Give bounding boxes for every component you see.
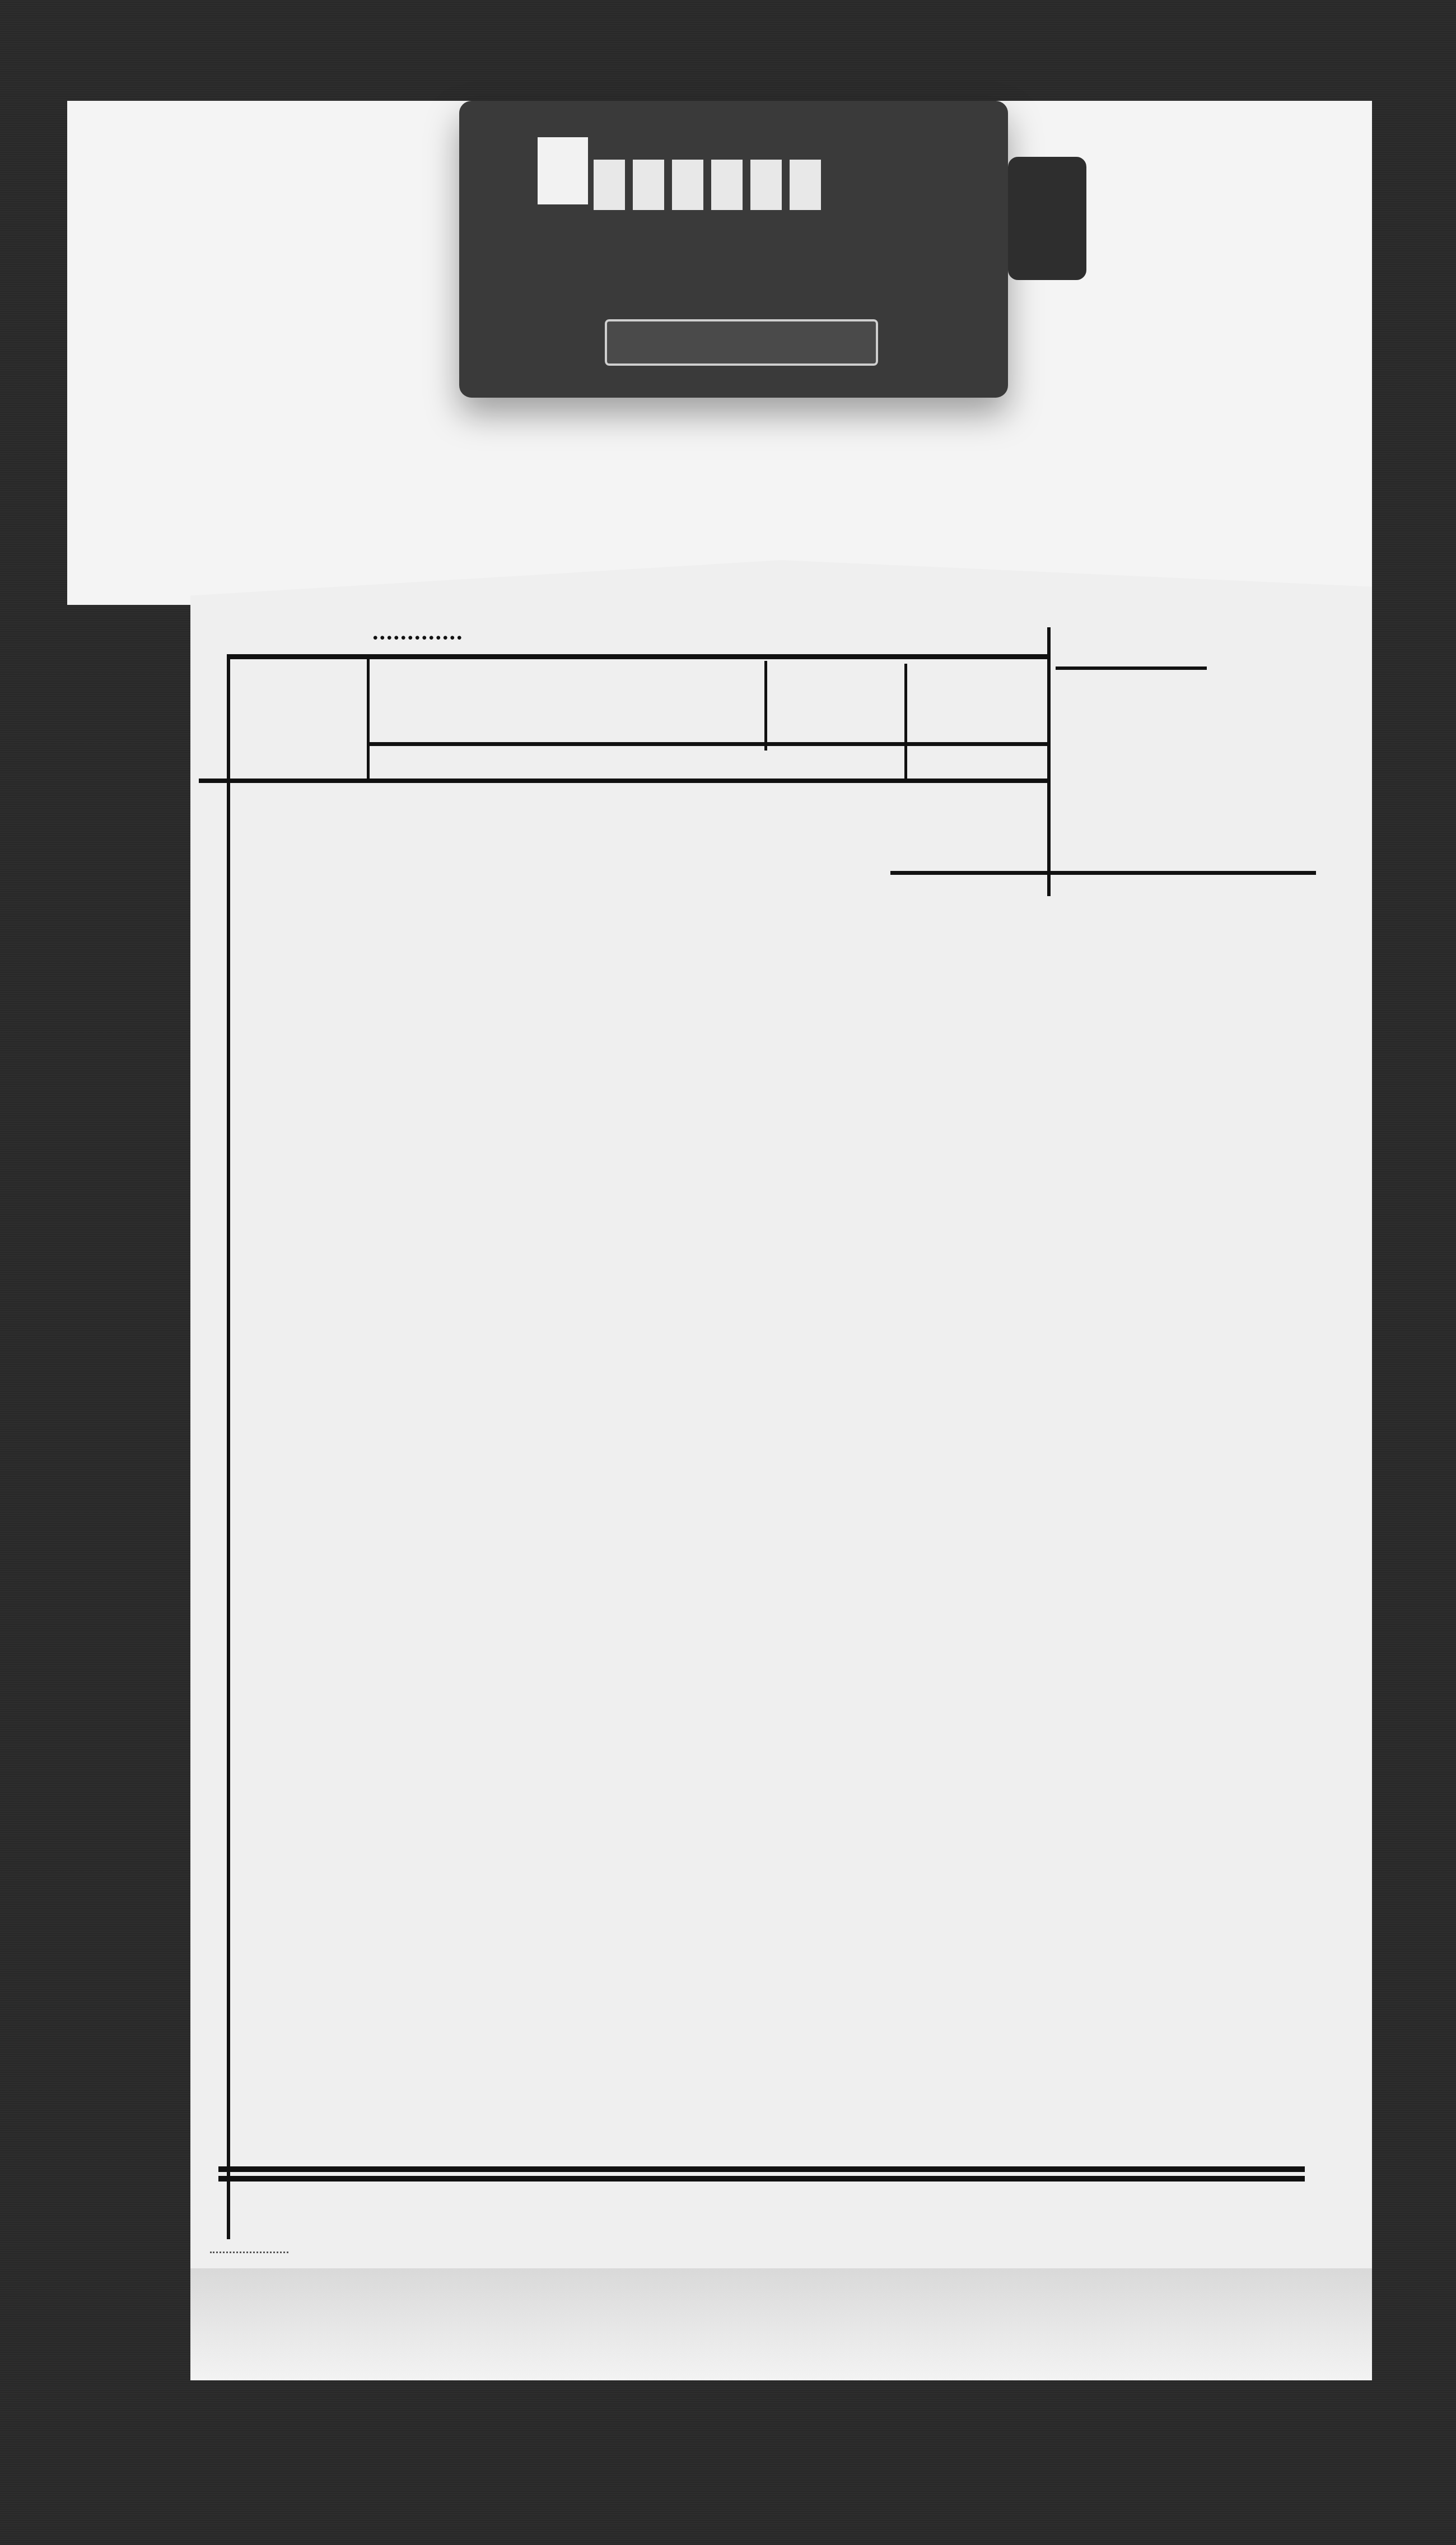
message-line xyxy=(235,1850,1154,1899)
message-line xyxy=(235,1220,1154,1269)
message-line xyxy=(235,1899,1154,1947)
message-line xyxy=(235,1462,1154,1511)
footer-rule-bottom xyxy=(218,2176,1305,2182)
form-bottom-shadow xyxy=(190,2268,1372,2380)
message-line xyxy=(235,1511,1154,1560)
form-title-row: ............. xyxy=(372,619,464,646)
message-line xyxy=(235,978,1154,1027)
message-body xyxy=(235,784,1355,2092)
footer-rule-top xyxy=(218,2166,1305,2172)
counter-digit xyxy=(633,160,664,210)
header-left-edge xyxy=(227,654,230,783)
message-line xyxy=(235,833,1154,882)
message-line xyxy=(235,1075,1154,1124)
stelle-dotted-field: ............. xyxy=(372,619,464,645)
message-line xyxy=(235,1656,1154,1705)
message-line xyxy=(235,1317,1154,1366)
header-divider xyxy=(904,664,907,781)
counter-digit xyxy=(594,160,625,210)
message-line xyxy=(235,1365,1154,1414)
message-line xyxy=(235,1753,1154,1802)
header-divider xyxy=(764,661,767,751)
message-line xyxy=(235,2044,1154,2092)
message-line xyxy=(235,1996,1154,2044)
message-line xyxy=(235,1027,1154,1075)
counter-digit xyxy=(750,160,782,210)
message-line xyxy=(235,1559,1154,1608)
dienst-top-rule xyxy=(1056,666,1207,670)
message-line xyxy=(235,1124,1154,1172)
signature-dotted-line xyxy=(210,2252,288,2253)
message-line xyxy=(235,1269,1154,1317)
message-line xyxy=(235,1172,1154,1220)
message-line xyxy=(235,1414,1154,1463)
message-line xyxy=(235,784,1154,833)
message-line xyxy=(235,1947,1154,1996)
message-line xyxy=(235,930,1154,978)
message-line xyxy=(235,1705,1154,1754)
left-margin-rule xyxy=(227,783,230,2239)
counter-digit xyxy=(790,160,821,210)
message-line xyxy=(235,881,1154,930)
counter-digit xyxy=(672,160,703,210)
counter-label xyxy=(538,137,588,204)
counter-digits xyxy=(594,160,821,210)
header-bottom-rule xyxy=(199,779,1050,783)
counter-digit xyxy=(711,160,743,210)
message-line xyxy=(235,1802,1154,1851)
header-top-rule xyxy=(227,654,1050,659)
counter-nameplate xyxy=(605,319,878,366)
counter-knob xyxy=(1008,157,1086,280)
message-line xyxy=(235,1608,1154,1657)
header-divider xyxy=(367,654,370,783)
header-mid-rule xyxy=(370,742,1047,746)
